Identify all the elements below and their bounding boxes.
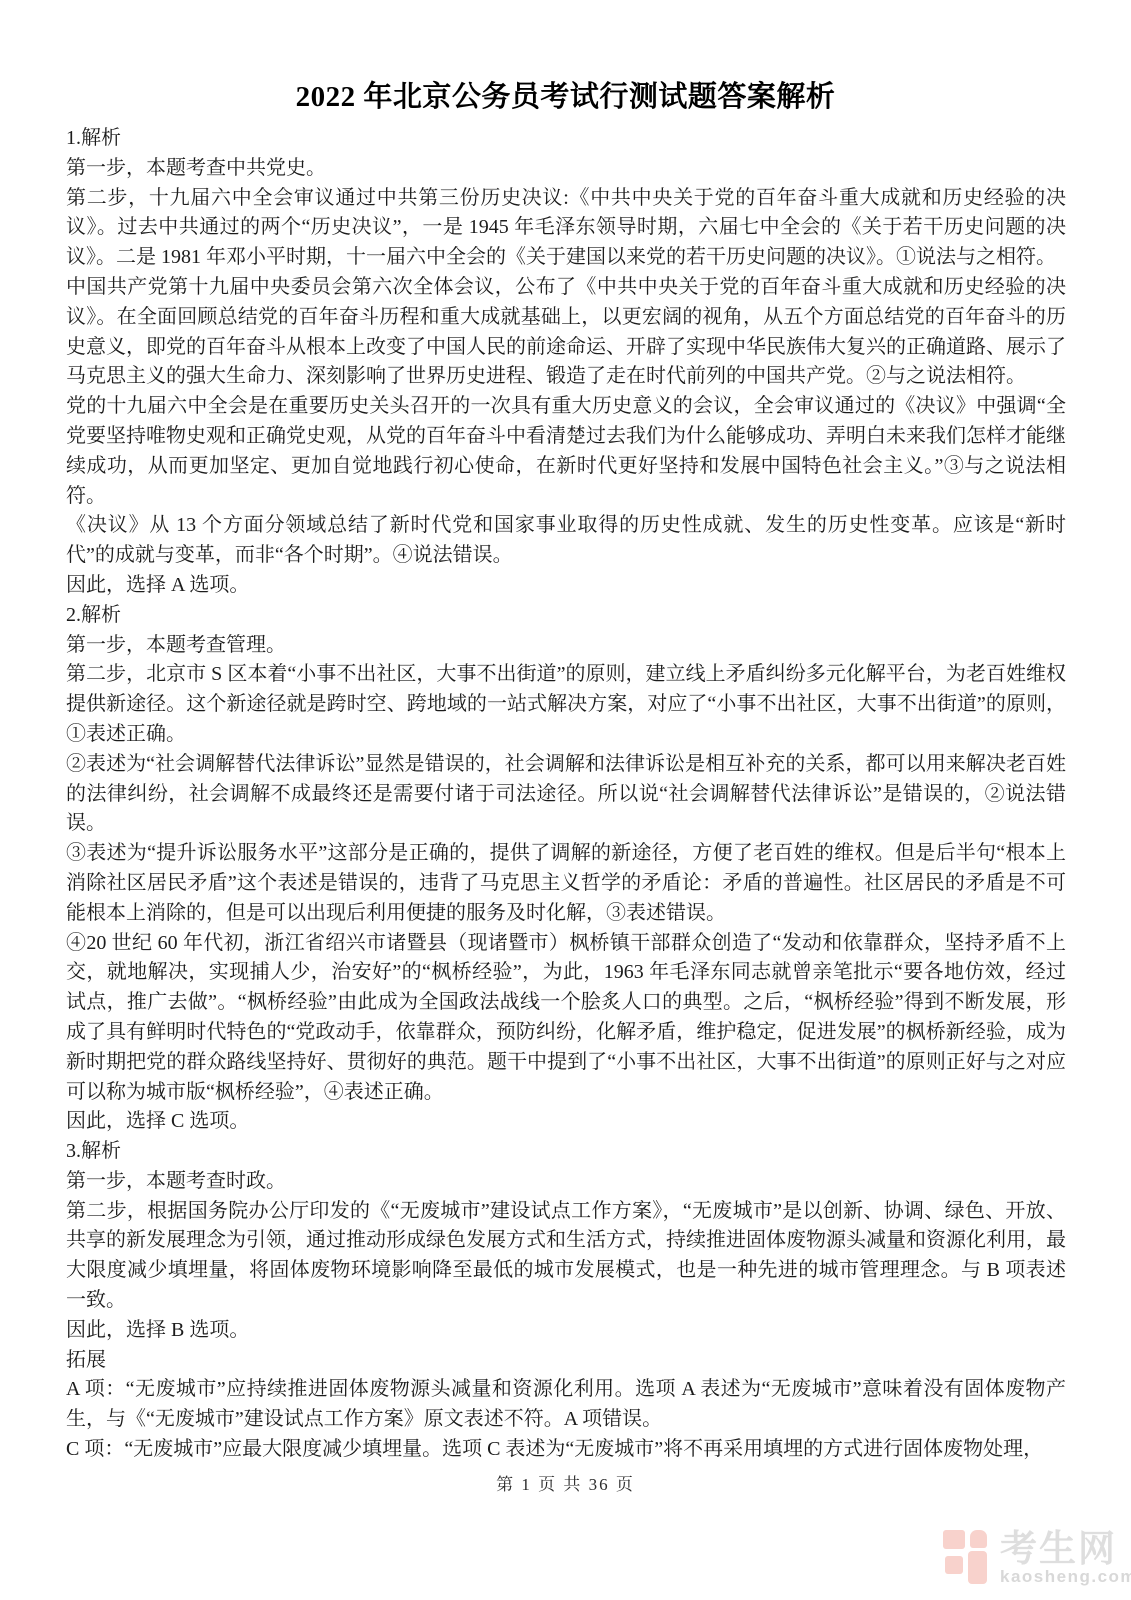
paragraph: ②表述为“社会调解替代法律诉讼”显然是错误的，社会调解和法律诉讼是相互补充的关系… [66, 750, 1066, 839]
paragraph: A 项：“无废城市”应持续推进固体废物源头减量和资源化利用。选项 A 表述为“无… [66, 1375, 1066, 1435]
paragraph: ④20 世纪 60 年代初，浙江省绍兴市诸暨县（现诸暨市）枫桥镇干部群众创造了“… [66, 929, 1066, 1108]
document-page: 2022 年北京公务员考试行测试题答案解析 1.解析 第一步，本题考查中共党史。… [0, 0, 1131, 1600]
logo-block [943, 1530, 965, 1549]
watermark-site-url: kaosheng.com [1000, 1568, 1131, 1586]
document-body: 1.解析 第一步，本题考查中共党史。 第二步，十九届六中全会审议通过中共第三份历… [66, 124, 1066, 1465]
paragraph: C 项：“无废城市”应最大限度减少填埋量。选项 C 表述为“无废城市”将不再采用… [66, 1435, 1066, 1465]
paragraph: 因此，选择 C 选项。 [66, 1107, 1066, 1137]
paragraph: 第二步，北京市 S 区本着“小事不出社区，大事不出街道”的原则，建立线上矛盾纠纷… [66, 660, 1066, 749]
paragraph: 2.解析 [66, 601, 1066, 631]
paragraph: 第一步，本题考查管理。 [66, 631, 1066, 661]
logo-block [945, 1556, 963, 1574]
paragraph: ③表述为“提升诉讼服务水平”这部分是正确的，提供了调解的新途径，方便了老百姓的维… [66, 839, 1066, 928]
paragraph: 《决议》从 13 个方面分领域总结了新时代党和国家事业取得的历史性成就、发生的历… [66, 511, 1066, 571]
paragraph: 中国共产党第十九届中央委员会第六次全体会议，公布了《中共中央关于党的百年奋斗重大… [66, 273, 1066, 392]
kaosheng-logo-icon [943, 1530, 991, 1586]
logo-block [968, 1551, 987, 1584]
paragraph: 1.解析 [66, 124, 1066, 154]
paragraph: 因此，选择 B 选项。 [66, 1316, 1066, 1346]
paragraph: 拓展 [66, 1346, 1066, 1376]
paragraph: 第一步，本题考查中共党史。 [66, 154, 1066, 184]
watermark-site-name: 考生网 [1000, 1530, 1131, 1568]
paragraph: 因此，选择 A 选项。 [66, 571, 1066, 601]
watermark-text: 考生网 kaosheng.com [1000, 1530, 1131, 1586]
paragraph: 第二步，根据国务院办公厅印发的《“无废城市”建设试点工作方案》，“无废城市”是以… [66, 1197, 1066, 1316]
page-number-footer: 第 1 页 共 36 页 [0, 1470, 1131, 1495]
page-title: 2022 年北京公务员考试行测试题答案解析 [0, 74, 1131, 115]
paragraph: 第二步，十九届六中全会审议通过中共第三份历史决议:《中共中央关于党的百年奋斗重大… [66, 184, 1066, 273]
paragraph: 第一步，本题考查时政。 [66, 1167, 1066, 1197]
paragraph: 党的十九届六中全会是在重要历史关头召开的一次具有重大历史意义的会议，全会审议通过… [66, 392, 1066, 511]
watermark: 考生网 kaosheng.com [943, 1530, 1131, 1586]
paragraph: 3.解析 [66, 1137, 1066, 1167]
logo-block [970, 1530, 987, 1548]
